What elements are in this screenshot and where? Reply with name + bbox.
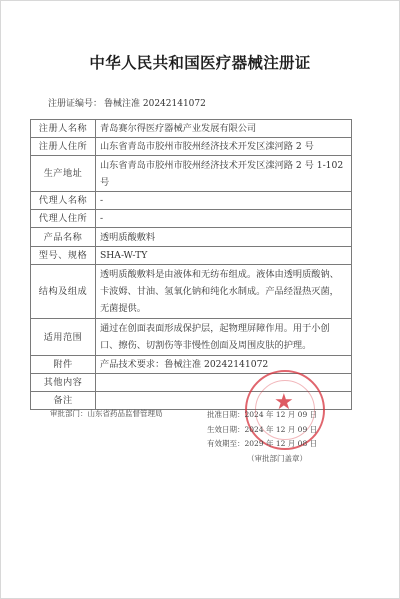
table-row: 代理人住所 - [31,210,352,228]
table-row: 产品名称 透明质酸敷料 [31,228,352,247]
registration-number: 注册证编号：鲁械注准 20242141072 [48,96,208,109]
row-value: - [96,210,352,228]
row-value: - [96,192,352,210]
approval-date: 批准日期：2024 年 12 月 09 日 [207,408,317,423]
row-label: 产品名称 [31,228,96,247]
row-value: 透明质酸敷料是由液体和无纺布组成。液体由透明质酸钠、卡波姆、甘油、氢氧化钠和纯化… [96,265,352,319]
registration-number-value: 鲁械注准 20242141072 [104,99,206,109]
document-title: 中华人民共和国医疗器械注册证 [0,51,400,73]
table-row: 适用范围 通过在创面表面形成保护层，起物理屏障作用。用于小创口、擦伤、切割伤等非… [31,319,352,356]
row-value: 山东省青岛市胶州市胶州经济技术开发区滦河路 2 号 1-102 号 [96,156,352,192]
valid-until-label: 有效期至： [207,439,245,448]
row-value: 青岛赛尔得医疗器械产业发展有限公司 [96,120,352,138]
row-label: 注册人住所 [31,138,96,156]
table-row: 注册人名称 青岛赛尔得医疗器械产业发展有限公司 [31,120,352,138]
certificate-dates: 批准日期：2024 年 12 月 09 日 生效日期：2024 年 12 月 0… [207,408,317,466]
table-row: 注册人住所 山东省青岛市胶州市胶州经济技术开发区滦河路 2 号 [31,138,352,156]
row-value: SHA-W-TY [96,247,352,265]
table-row: 附件 产品技术要求：鲁械注准 20242141072 [31,356,352,374]
table-row: 代理人名称 - [31,192,352,210]
row-label: 适用范围 [31,319,96,356]
row-label: 其他内容 [31,374,96,392]
row-value: 产品技术要求：鲁械注准 20242141072 [96,356,352,374]
approval-department: 审批部门：山东省药品监督管理局 [50,408,163,419]
seal-note: （审批部门盖章） [207,452,317,467]
row-value: 通过在创面表面形成保护层，起物理屏障作用。用于小创口、擦伤、切割伤等非慢性创面及… [96,319,352,356]
approval-date-label: 批准日期： [207,410,245,419]
table-row: 生产地址 山东省青岛市胶州市胶州经济技术开发区滦河路 2 号 1-102 号 [31,156,352,192]
row-value: 山东省青岛市胶州市胶州经济技术开发区滦河路 2 号 [96,138,352,156]
row-label: 结构及组成 [31,265,96,319]
valid-until-value: 2029 年 12 月 08 日 [245,439,318,448]
effective-date: 生效日期：2024 年 12 月 09 日 [207,423,317,438]
row-label: 代理人住所 [31,210,96,228]
table-row: 型号、规格 SHA-W-TY [31,247,352,265]
row-value: 透明质酸敷料 [96,228,352,247]
row-label: 注册人名称 [31,120,96,138]
certificate-table: 注册人名称 青岛赛尔得医疗器械产业发展有限公司 注册人住所 山东省青岛市胶州市胶… [30,119,352,410]
approval-department-value: 山东省药品监督管理局 [88,409,163,418]
approval-date-value: 2024 年 12 月 09 日 [245,410,318,419]
row-label: 附件 [31,356,96,374]
valid-until: 有效期至：2029 年 12 月 08 日 [207,437,317,452]
row-label: 型号、规格 [31,247,96,265]
effective-date-label: 生效日期： [207,425,245,434]
row-label: 代理人名称 [31,192,96,210]
row-label: 备注 [31,392,96,410]
table-row: 结构及组成 透明质酸敷料是由液体和无纺布组成。液体由透明质酸钠、卡波姆、甘油、氢… [31,265,352,319]
approval-department-label: 审批部门： [50,409,88,418]
row-label: 生产地址 [31,156,96,192]
registration-number-label: 注册证编号： [48,99,102,109]
effective-date-value: 2024 年 12 月 09 日 [245,425,318,434]
